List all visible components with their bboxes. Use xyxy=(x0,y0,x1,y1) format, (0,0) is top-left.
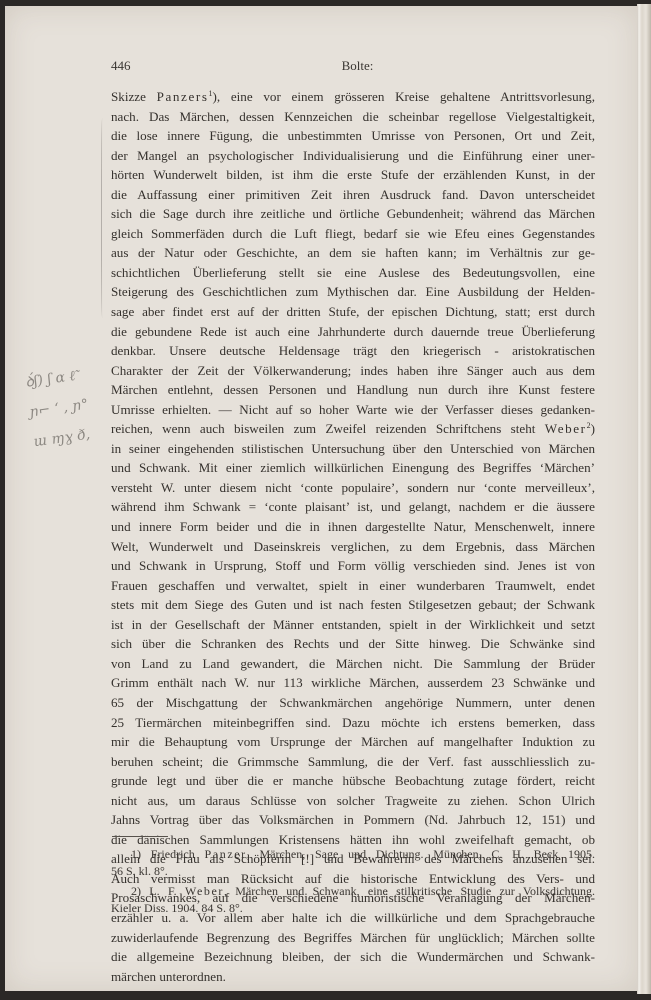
text-line: stets mit dem Siege des Guten und ist na… xyxy=(111,595,595,615)
text-line: während ihm Schwank = ‘conte plaisant’ i… xyxy=(111,497,595,517)
text-line: aus der Natur oder Geschichte, an dem si… xyxy=(111,243,595,263)
text-segment: Skizze xyxy=(111,89,157,104)
text-line: Welt, Wunderwelt und Daseinskreis vergli… xyxy=(111,537,595,557)
text-line: Steigerung des Geschichtlichen zum Mythi… xyxy=(111,282,595,302)
text-segment: , Märchen und Schwank, eine stilkritisch… xyxy=(224,884,595,898)
text-line: von Land zu Land gewandert, die Märchen … xyxy=(111,654,595,674)
book-page-edge xyxy=(637,4,651,994)
author-name: Weber xyxy=(545,421,587,436)
text-line: Frauen geschaffen und verwaltet, spielt … xyxy=(111,576,595,596)
text-segment: , Märchen, Sage und Dichtung. München, C… xyxy=(247,847,595,861)
text-line: beruhen scheint; die Grimmsche Sammlung,… xyxy=(111,752,595,772)
text-line: die lose innere Fügung, die unbestimmten… xyxy=(111,126,595,146)
text-line: sich über die Schranken des Rechts und d… xyxy=(111,634,595,654)
text-line: die allgemeine Bezeichnung bleiben, der … xyxy=(111,947,595,967)
text-line: denkbar. Unsere deutsche Heldensage träg… xyxy=(111,341,595,361)
text-line: in seiner eingehenden stilistischen Unte… xyxy=(111,439,595,459)
footnotes: 1) Friedrich Panzer, Märchen, Sage und D… xyxy=(111,846,595,916)
footnote-separator xyxy=(112,836,168,837)
text-line: Skizze Panzers1), eine vor einem grösser… xyxy=(111,87,595,107)
text-segment: 2) L. F. xyxy=(131,884,185,898)
text-line: die Auffassung einer primitiven Zeit ihr… xyxy=(111,185,595,205)
text-line: nach. Das Märchen, dessen Kennzeichen di… xyxy=(111,107,595,127)
text-line: Umrisse erhielten. — Nicht auf so hoher … xyxy=(111,400,595,420)
text-line: mir die Behauptung vom Ursprunge der Mär… xyxy=(111,732,595,752)
text-line: der Mangel an psychologischer Individual… xyxy=(111,146,595,166)
text-line: hörten Wunderwelt bilden, ist ihm die er… xyxy=(111,165,595,185)
text-line: Märchen entlehnt, dessen Personen und Ha… xyxy=(111,380,595,400)
footnote-line: 2) L. F. Weber, Märchen und Schwank, ein… xyxy=(111,883,595,900)
text-line: Jahns Vortrag über das Volksmärchen in P… xyxy=(111,810,595,830)
text-line: gleich Sommerfäden durch die Luft fliegt… xyxy=(111,224,595,244)
text-segment: reichen, wenn auch bisweilen zum Zweifel… xyxy=(111,421,545,436)
text-line: schichtlichen Überlieferung stellt sie e… xyxy=(111,263,595,283)
text-line: grunde legt und über die er manche hübsc… xyxy=(111,771,595,791)
footnote-line: Kieler Diss. 1904. 84 S. 8°. xyxy=(111,900,595,917)
text-segment: ), eine vor einem grösseren Kreise gehal… xyxy=(213,89,595,104)
text-line: sage aber findet erst auf der dritten St… xyxy=(111,302,595,322)
author-name: Panzers xyxy=(157,89,209,104)
text-line: die gebundene Rede ist auch eine Jahrhun… xyxy=(111,322,595,342)
text-line: 65 der Mischgattung der Schwankmärchen a… xyxy=(111,693,595,713)
text-line: und Schwank in Ursprung, Stoff und Form … xyxy=(111,556,595,576)
handwritten-margin-note: ꝺ́ʃ) ʃ ɑ ℓ̃ ɲ⌐ ʻ , ɲ° ɯ ɱɣ ð, xyxy=(23,357,116,467)
text-line: märchen unterordnen. xyxy=(111,967,595,987)
author-name: Panzer xyxy=(205,847,247,861)
text-segment: 1) Friedrich xyxy=(131,847,205,861)
text-line: Grimm enthält nach W. nur 113 wirkliche … xyxy=(111,673,595,693)
text-line: und Schwank. Mit einer ziemlich willkürl… xyxy=(111,458,595,478)
author-name: Weber xyxy=(185,884,224,898)
text-line: Charakter der Zeit der Völkerwanderung; … xyxy=(111,361,595,381)
footnote-line: 1) Friedrich Panzer, Märchen, Sage und D… xyxy=(111,846,595,863)
text-line: 25 Tiermärchen miteinbegriffen sind. Daz… xyxy=(111,713,595,733)
running-title: Bolte: xyxy=(111,58,594,74)
page-header: 446 Bolte: xyxy=(111,58,594,78)
text-line: versteht W. unter diesem nicht ‘conte po… xyxy=(111,478,595,498)
pencil-margin-mark xyxy=(101,118,104,318)
text-line: nicht aus, um daraus Schlüsse von solche… xyxy=(111,791,595,811)
text-line: sich die Sage durch ihre zeitliche und ö… xyxy=(111,204,595,224)
text-line: ist in der Gesellschaft der Männer entst… xyxy=(111,615,595,635)
footnote-line: 56 S. kl. 8°. xyxy=(111,863,595,880)
text-segment: ) xyxy=(591,421,595,436)
text-line: und innere Form beider und die in ihnen … xyxy=(111,517,595,537)
text-line: reichen, wenn auch bisweilen zum Zweifel… xyxy=(111,419,595,439)
text-line: zuwiderlaufende Begrenzung des Begriffes… xyxy=(111,928,595,948)
